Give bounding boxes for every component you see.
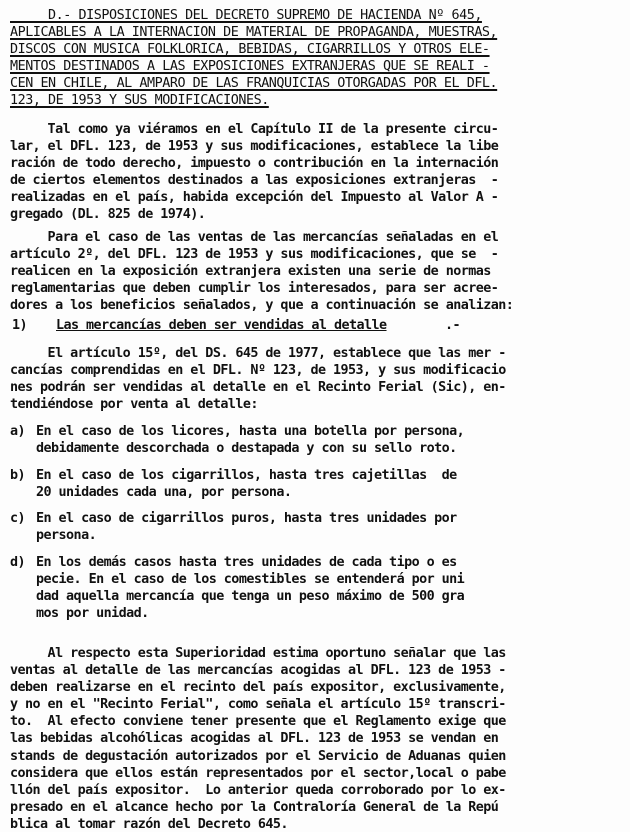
heading-line: DISCOS CON MUSICA FOLKLORICA, BEBIDAS, C… [10, 42, 490, 58]
paragraph-line: de ciertos elementos destinados a las ex… [10, 173, 498, 189]
paragraph-line: ración de todo derecho, impuesto o contr… [10, 156, 498, 172]
list-item-line: En el caso de los licores, hasta una bot… [36, 424, 464, 440]
paragraph-line: artículo 2º, del DFL. 123 de 1953 y sus … [10, 247, 498, 263]
heading-line: APLICABLES A LA INTERNACION DE MATERIAL … [10, 25, 497, 41]
paragraph-line: ventas al detalle de las mercancías acog… [10, 663, 506, 679]
section-title-suffix: .- [445, 318, 460, 334]
paragraph-line: llón del país expositor. Lo anterior que… [10, 783, 506, 799]
paragraph-line: El artículo 15º, del DS. 645 de 1977, es… [10, 346, 506, 362]
heading-line: MENTOS DESTINADOS A LAS EXPOSICIONES EXT… [10, 59, 490, 75]
section-title: Las mercancías deben ser vendidas al det… [56, 318, 387, 334]
list-item-line: En los demás casos hasta tres unidades d… [36, 555, 457, 571]
list-item-line: En el caso de los cigarrillos, hasta tre… [36, 468, 457, 484]
paragraph-line: Tal como ya viéramos en el Capítulo II d… [10, 122, 498, 138]
document-page: D.- DISPOSICIONES DEL DECRETO SUPREMO DE… [0, 0, 630, 832]
list-item-line: persona. [36, 528, 96, 544]
list-item-line: En el caso de cigarrillos puros, hasta t… [36, 511, 457, 527]
paragraph-line: realizadas en el país, habida excepción … [10, 190, 498, 206]
paragraph-line: considera que ellos están representados … [10, 766, 506, 782]
paragraph-line: presado en el alcance hecho por la Contr… [10, 800, 498, 816]
paragraph-line: lar, el DFL. 123, de 1953 y sus modifica… [10, 139, 498, 155]
paragraph-line: gregado (DL. 825 de 1974). [10, 207, 205, 223]
paragraph-line: tendiéndose por venta al detalle: [10, 397, 258, 413]
list-marker: b) [10, 468, 25, 484]
list-item-line: 20 unidades cada una, por persona. [36, 485, 291, 501]
paragraph-line: stands de degustación autorizados por el… [10, 749, 506, 765]
heading-line: D.- DISPOSICIONES DEL DECRETO SUPREMO DE… [10, 8, 482, 24]
paragraph-line: dores a los beneficios señalados, y que … [10, 298, 513, 314]
list-marker: a) [10, 424, 25, 440]
list-item-line: pecie. En el caso de los comestibles se … [36, 572, 464, 588]
section-number: 1) [12, 318, 27, 334]
paragraph-line: Al respecto esta Superioridad estima opo… [10, 646, 506, 662]
list-item-line: dad aquella mercancía que tenga un peso … [36, 589, 464, 605]
paragraph-line: las bebidas alcohólicas acogidas al DFL.… [10, 731, 498, 747]
list-item-line: mos por unidad. [36, 606, 149, 622]
list-marker: d) [10, 555, 25, 571]
paragraph-line: reglamentarias que deben cumplir los int… [10, 281, 498, 297]
list-item-line: debidamente descorchada o destapada y co… [36, 441, 457, 457]
paragraph-line: deben realizarse en el recinto del país … [10, 680, 506, 696]
paragraph-line: Para el caso de las ventas de las mercan… [10, 230, 498, 246]
paragraph-line: blica al tomar razón del Decreto 645. [10, 817, 288, 832]
paragraph-line: nes podrán ser vendidas al detalle en el… [10, 380, 506, 396]
heading-line: 123, DE 1953 Y SUS MODIFICACIONES. [10, 93, 269, 109]
paragraph-line: realicen en la exposición extranjera exi… [10, 264, 491, 280]
paragraph-line: y no en el "Recinto Ferial", como señala… [10, 697, 506, 713]
paragraph-line: cancías comprendidas en el DFL. Nº 123, … [10, 363, 506, 379]
paragraph-line: to. Al efecto conviene tener presente qu… [10, 714, 506, 730]
list-marker: c) [10, 511, 25, 527]
heading-line: CEN EN CHILE, AL AMPARO DE LAS FRANQUICI… [10, 76, 497, 92]
